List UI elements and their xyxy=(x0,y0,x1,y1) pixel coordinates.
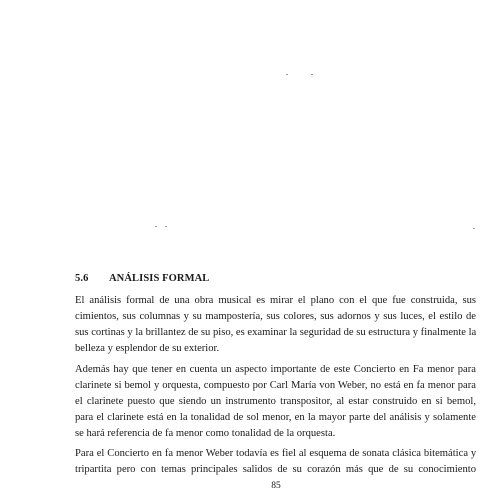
section-title: ANÁLISIS FORMAL xyxy=(109,273,209,284)
scan-artifact xyxy=(155,226,157,227)
page-number: 85 xyxy=(0,481,502,491)
section-number: 5.6 xyxy=(75,273,109,284)
text-line: se hará referencia de fa menor como tona… xyxy=(75,426,476,442)
text-line: El análisis formal de una obra musical e… xyxy=(75,293,476,309)
section-heading: 5.6ANÁLISIS FORMAL xyxy=(75,273,209,284)
paragraph-tonality-note: Además hay que tener en cuenta un aspect… xyxy=(75,362,476,442)
scan-artifact xyxy=(286,74,288,75)
scan-artifact xyxy=(473,228,475,229)
text-line: el clarinete puesto que siendo un instru… xyxy=(75,394,476,410)
text-line: Además hay que tener en cuenta un aspect… xyxy=(75,362,476,378)
text-line: Para el Concierto en fa menor Weber toda… xyxy=(75,446,476,462)
paragraph-sonata-form: Para el Concierto en fa menor Weber toda… xyxy=(75,446,476,478)
text-line: belleza y esplendor de su exterior. xyxy=(75,341,476,357)
scan-artifact xyxy=(311,74,313,75)
text-line: sus cortinas y la brillantez de su piso,… xyxy=(75,325,476,341)
scan-artifact xyxy=(165,226,167,227)
text-line: para el clarinete está en la tonalidad d… xyxy=(75,410,476,426)
text-line: clarinete si bemol y orquesta, compuesto… xyxy=(75,378,476,394)
paragraph-analysis-definition: El análisis formal de una obra musical e… xyxy=(75,293,476,357)
text-line: cimientos, sus columnas y su mampostería… xyxy=(75,309,476,325)
text-line: tripartita pero con temas principales sa… xyxy=(75,462,476,478)
